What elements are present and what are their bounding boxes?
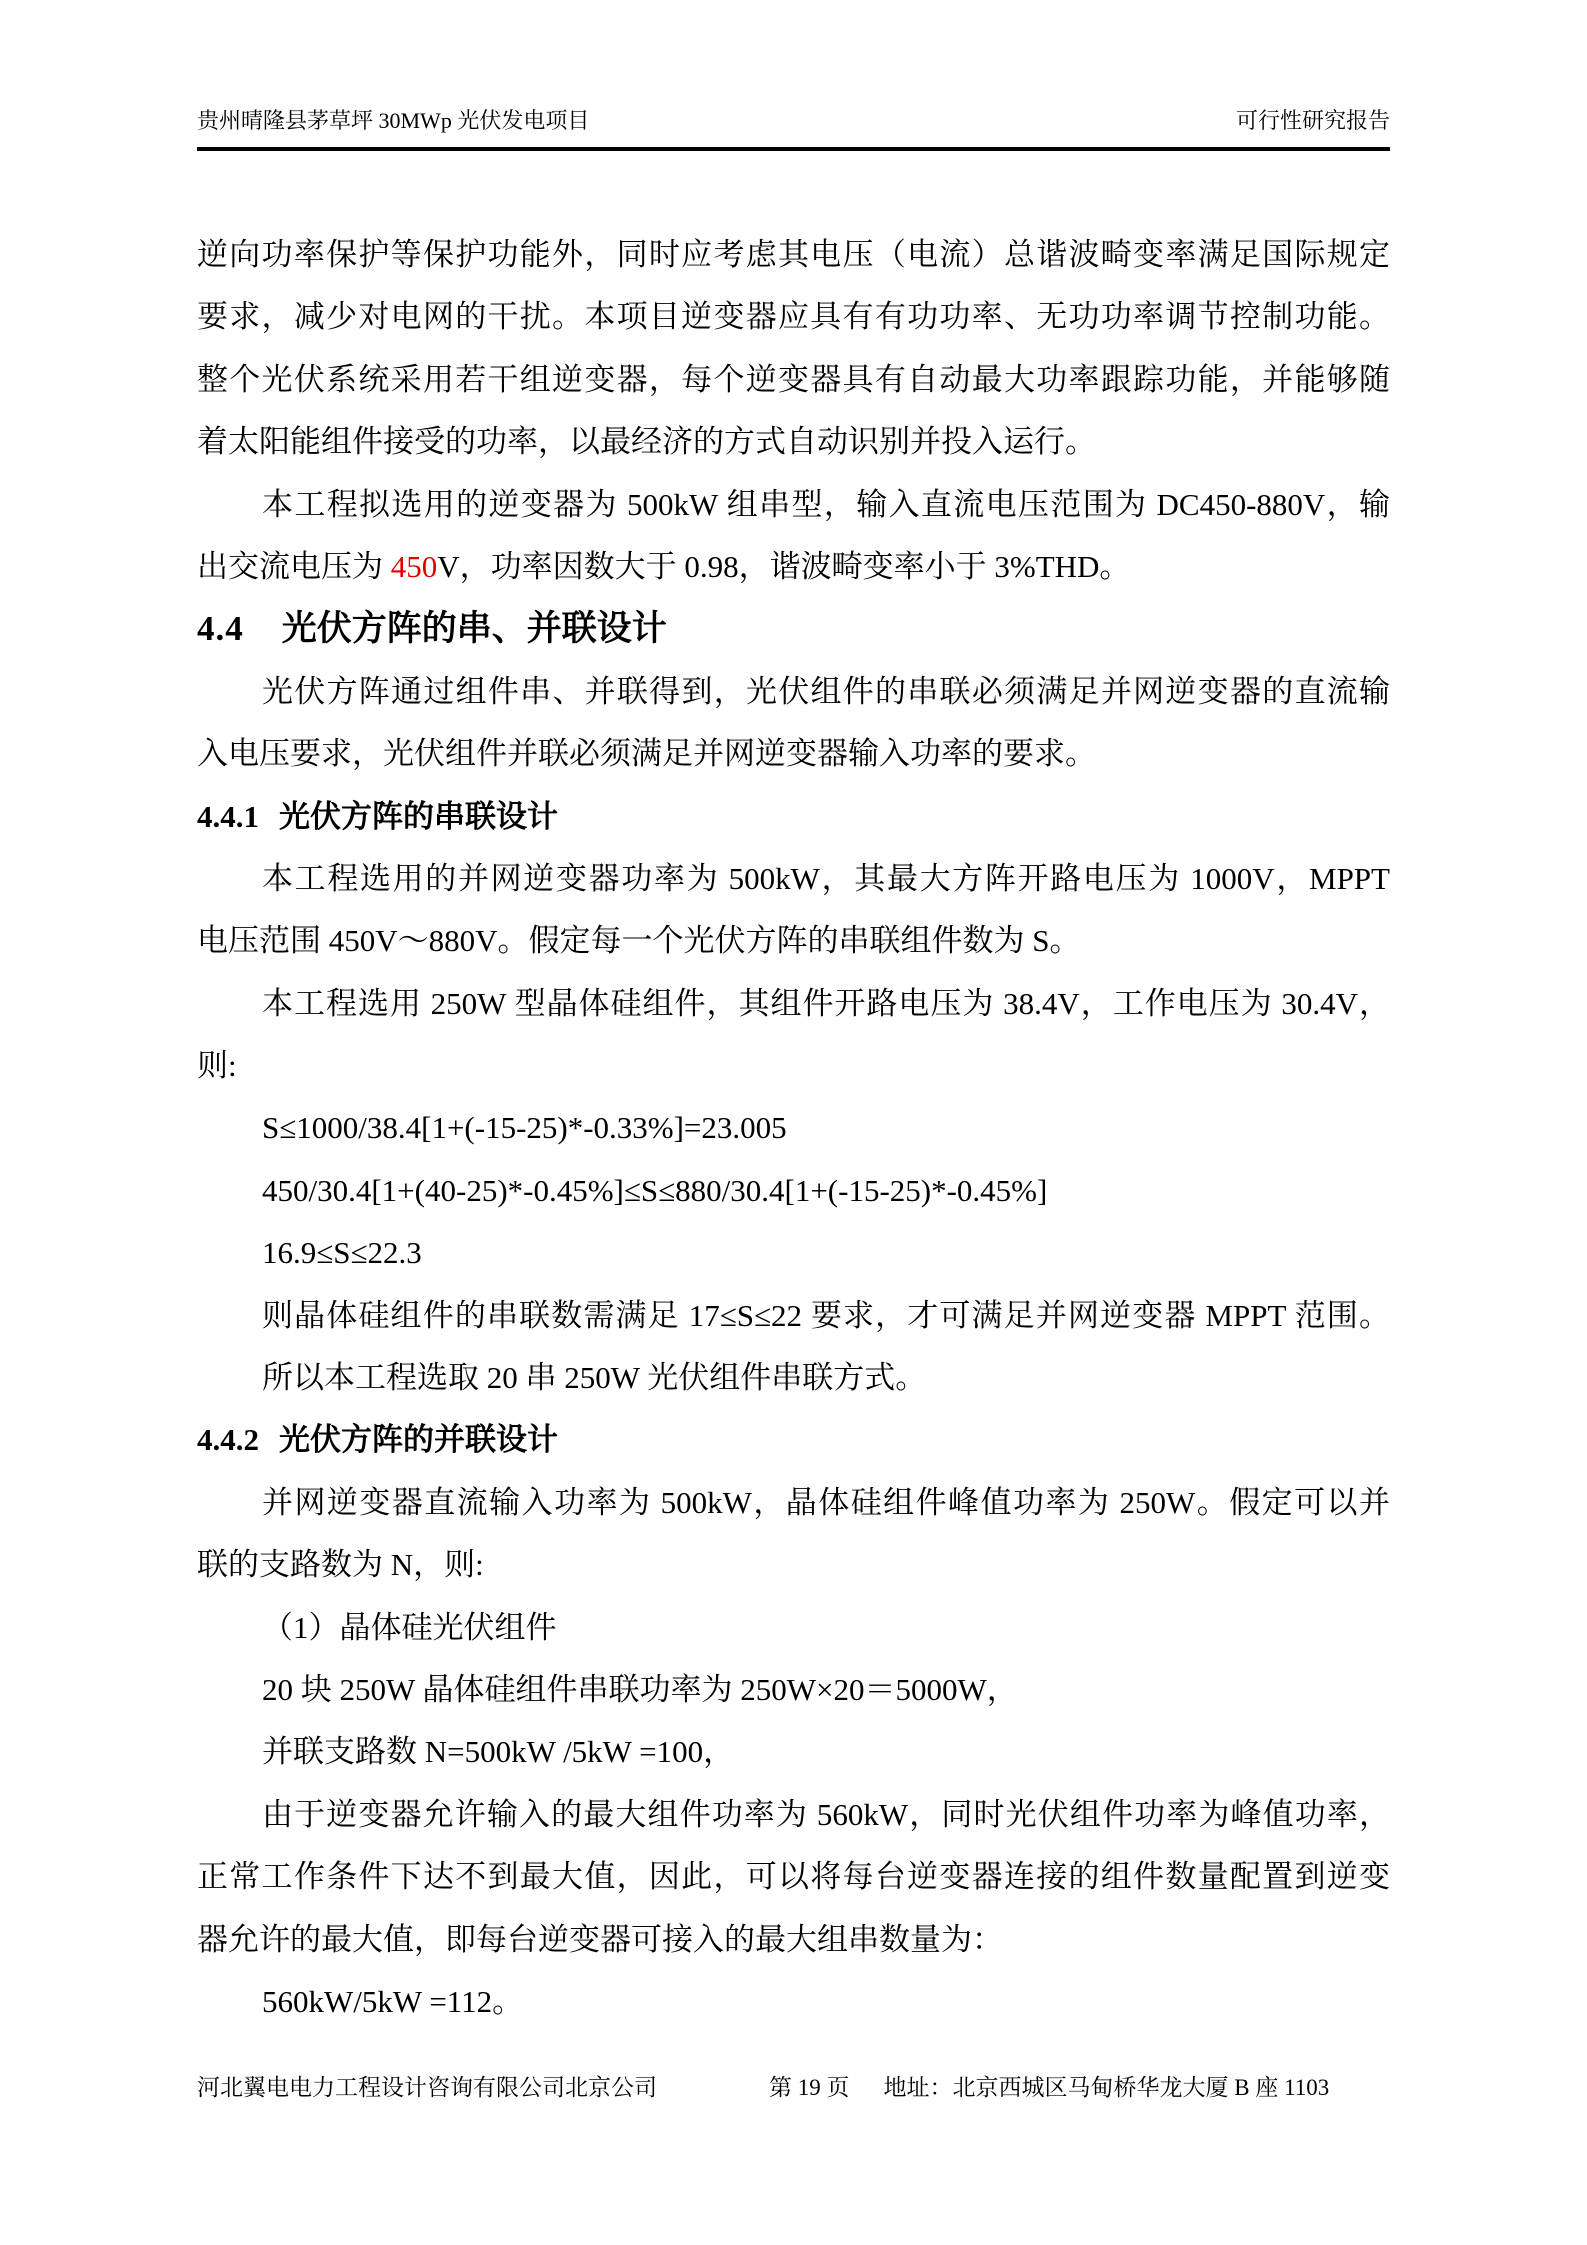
heading-number: 4.4.2 <box>197 1422 259 1457</box>
paragraph-line: 本工程拟选用的逆变器为 500kW 组串型，输入直流电压范围为 DC450-88… <box>197 474 1390 536</box>
paragraph-line: 所以本工程选取 20 串 250W 光伏组件串联方式。 <box>197 1347 1390 1409</box>
formula-line: S≤1000/38.4[1+(-15-25)*-0.33%]=23.005 <box>197 1097 1390 1159</box>
text-segment: 出交流电压为 <box>197 549 391 584</box>
highlighted-value: 450 <box>391 549 438 584</box>
heading-number: 4.4 <box>197 609 244 648</box>
heading-title: 光伏方阵的并联设计 <box>279 1422 558 1457</box>
paragraph-line: 光伏方阵通过组件串、并联得到，光伏组件的串联必须满足并网逆变器的直流输 <box>197 661 1390 723</box>
formula-line: 16.9≤S≤22.3 <box>197 1222 1390 1284</box>
footer-company: 河北翼电电力工程设计咨询有限公司北京公司 <box>197 2072 657 2104</box>
list-item-line: （1）晶体硅光伏组件 <box>197 1597 1390 1659</box>
formula-line: 560kW/5kW =112。 <box>197 1971 1390 2033</box>
page-header: 贵州晴隆县茅草坪 30MWp 光伏发电项目 可行性研究报告 <box>197 106 1390 136</box>
paragraph-line: 整个光伏系统采用若干组逆变器，每个逆变器具有自动最大功率跟踪功能，并能够随 <box>197 349 1390 411</box>
paragraph-line: 出交流电压为 450V，功率因数大于 0.98，谐波畸变率小于 3%THD。 <box>197 536 1390 598</box>
document-body: 逆向功率保护等保护功能外，同时应考虑其电压（电流）总谐波畸变率满足国际规定 要求… <box>197 224 1390 2033</box>
paragraph-line: 器允许的最大值，即每台逆变器可接入的最大组串数量为： <box>197 1909 1390 1971</box>
heading-title: 光伏方阵的串、并联设计 <box>282 609 667 648</box>
document-page: 贵州晴隆县茅草坪 30MWp 光伏发电项目 可行性研究报告 逆向功率保护等保护功… <box>0 0 1587 2245</box>
section-heading-4-4-2: 4.4.2光伏方阵的并联设计 <box>197 1409 1390 1471</box>
formula-line: 并联支路数 N=500kW /5kW =100， <box>197 1721 1390 1783</box>
paragraph-line: 着太阳能组件接受的功率，以最经济的方式自动识别并投入运行。 <box>197 411 1390 473</box>
header-project-title: 贵州晴隆县茅草坪 30MWp 光伏发电项目 <box>197 106 589 136</box>
footer-address: 地址：北京西城区马甸桥华龙大厦 B 座 1103 <box>884 2072 1330 2104</box>
paragraph-line: 则晶体硅组件的串联数需满足 17≤S≤22 要求，才可满足并网逆变器 MPPT … <box>197 1285 1390 1347</box>
paragraph-line: 联的支路数为 N，则: <box>197 1534 1390 1596</box>
text-segment: V，功率因数大于 0.98，谐波畸变率小于 3%THD。 <box>437 549 1130 584</box>
paragraph-line: 入电压要求，光伏组件并联必须满足并网逆变器输入功率的要求。 <box>197 723 1390 785</box>
formula-line: 450/30.4[1+(40-25)*-0.45%]≤S≤880/30.4[1+… <box>197 1160 1390 1222</box>
paragraph-line: 要求，减少对电网的干扰。本项目逆变器应具有有功功率、无功功率调节控制功能。 <box>197 286 1390 348</box>
footer-page-number: 第 19 页 <box>769 2072 850 2104</box>
header-doc-type: 可行性研究报告 <box>1236 106 1390 136</box>
section-heading-4-4-1: 4.4.1光伏方阵的串联设计 <box>197 786 1390 848</box>
page-footer: 河北翼电电力工程设计咨询有限公司北京公司 第 19 页 地址：北京西城区马甸桥华… <box>197 2072 1390 2104</box>
paragraph-line: 并网逆变器直流输入功率为 500kW，晶体硅组件峰值功率为 250W。假定可以并 <box>197 1472 1390 1534</box>
paragraph-line: 逆向功率保护等保护功能外，同时应考虑其电压（电流）总谐波畸变率满足国际规定 <box>197 224 1390 286</box>
heading-title: 光伏方阵的串联设计 <box>279 799 558 834</box>
paragraph-line: 本工程选用的并网逆变器功率为 500kW，其最大方阵开路电压为 1000V，MP… <box>197 848 1390 910</box>
paragraph-line: 电压范围 450V～880V。假定每一个光伏方阵的串联组件数为 S。 <box>197 910 1390 972</box>
paragraph-line: 本工程选用 250W 型晶体硅组件，其组件开路电压为 38.4V，工作电压为 3… <box>197 973 1390 1035</box>
paragraph-line: 正常工作条件下达不到最大值，因此，可以将每台逆变器连接的组件数量配置到逆变 <box>197 1846 1390 1908</box>
header-divider <box>197 147 1390 151</box>
formula-line: 20 块 250W 晶体硅组件串联功率为 250W×20＝5000W， <box>197 1659 1390 1721</box>
heading-number: 4.4.1 <box>197 799 259 834</box>
paragraph-line: 则: <box>197 1035 1390 1097</box>
paragraph-line: 由于逆变器允许输入的最大组件功率为 560kW，同时光伏组件功率为峰值功率， <box>197 1784 1390 1846</box>
section-heading-4-4: 4.4光伏方阵的串、并联设计 <box>197 598 1390 660</box>
